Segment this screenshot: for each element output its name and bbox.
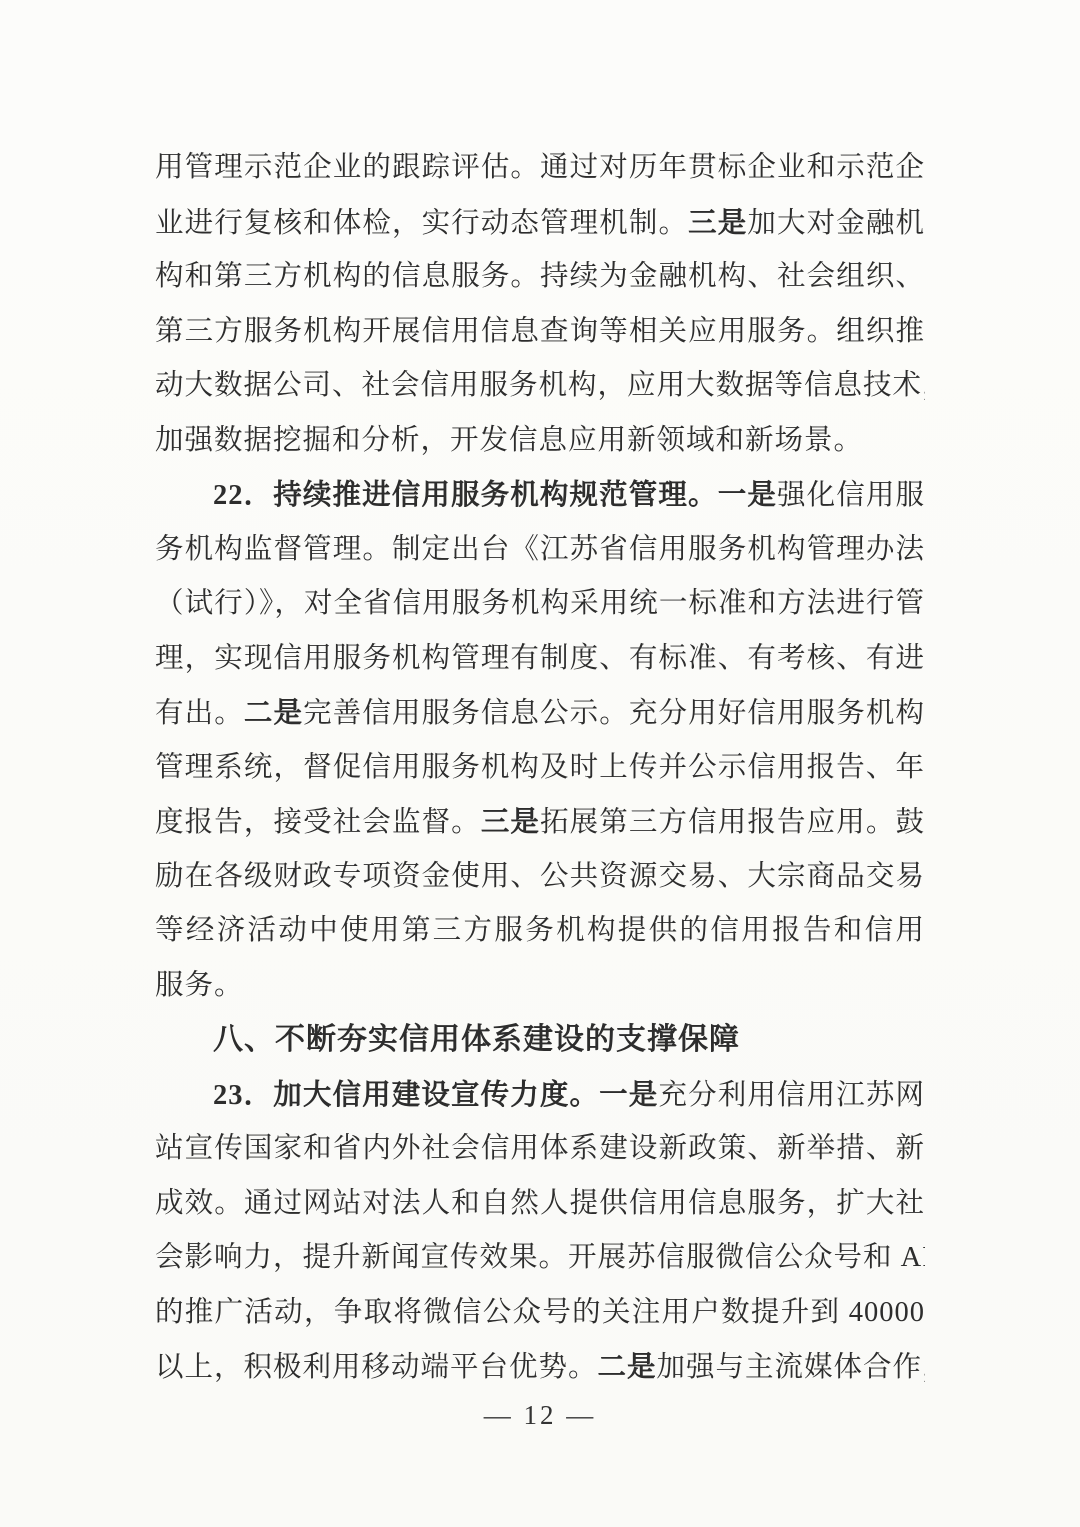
text-segment: 励在各级财政专项资金使用、公共资源交易、大宗商品交易 xyxy=(155,861,925,892)
text-line: 第三方服务机构开展信用信息查询等相关应用服务。组织推 xyxy=(155,305,925,360)
text-segment: 服务。 xyxy=(155,970,244,1001)
text-line: 用管理示范企业的跟踪评估。通过对历年贯标企业和示范企 xyxy=(155,141,925,196)
text-segment: 第三方服务机构开展信用信息查询等相关应用服务。组织推 xyxy=(155,316,925,347)
text-segment: 动大数据公司、社会信用服务机构，应用大数据等信息技术， xyxy=(155,370,925,401)
text-segment: 务机构监督管理。制定出台《江苏省信用服务机构管理办法 xyxy=(155,534,925,565)
text-line: 以上，积极利用移动端平台优势。二是加强与主流媒体合作， xyxy=(155,1340,925,1395)
text-line: 服务。 xyxy=(155,959,925,1014)
text-segment: 用管理示范企业的跟踪评估。通过对历年贯标企业和示范企 xyxy=(155,152,925,183)
text-segment: 强化信用服 xyxy=(777,480,925,511)
text-block: 用管理示范企业的跟踪评估。通过对历年贯标企业和示范企业进行复核和体检，实行动态管… xyxy=(155,141,925,1395)
text-line: 管理系统，督促信用服务机构及时上传并公示信用报告、年 xyxy=(155,741,925,796)
text-segment: 充分利用信用江苏网 xyxy=(658,1080,925,1111)
text-segment: 构和第三方机构的信息服务。持续为金融机构、社会组织、 xyxy=(155,261,925,292)
text-line: 加强数据挖掘和分析，开发信息应用新领域和新场景。 xyxy=(155,414,925,469)
text-line: 务机构监督管理。制定出台《江苏省信用服务机构管理办法 xyxy=(155,523,925,578)
text-line: 22．持续推进信用服务机构规范管理。一是强化信用服 xyxy=(155,468,925,523)
emphasis-segment: 二是 xyxy=(598,1351,657,1383)
text-segment: 完善信用服务信息公示。充分用好信用服务机构 xyxy=(303,698,925,729)
emphasis-segment: 23．加大信用建设宣传力度。 xyxy=(213,1080,599,1111)
text-segment: 管理系统，督促信用服务机构及时上传并公示信用报告、年 xyxy=(155,752,925,783)
page-number: — 12 — xyxy=(0,1400,1080,1431)
text-line: （试行）》，对全省信用服务机构采用统一标准和方法进行管 xyxy=(155,577,925,632)
text-line: 动大数据公司、社会信用服务机构，应用大数据等信息技术， xyxy=(155,359,925,414)
text-line: 励在各级财政专项资金使用、公共资源交易、大宗商品交易 xyxy=(155,850,925,905)
text-segment: 成效。通过网站对法人和自然人提供信用信息服务，扩大社 xyxy=(155,1188,925,1219)
text-segment: 有出。 xyxy=(155,698,244,729)
text-line: 成效。通过网站对法人和自然人提供信用信息服务，扩大社 xyxy=(155,1177,925,1232)
text-line: 等经济活动中使用第三方服务机构提供的信用报告和信用 xyxy=(155,904,925,959)
text-line: 理，实现信用服务机构管理有制度、有标准、有考核、有进 xyxy=(155,632,925,687)
emphasis-segment: 八、不断夯实信用体系建设的支撑保障 xyxy=(213,1023,740,1056)
text-segment: 加强数据挖掘和分析，开发信息应用新领域和新场景。 xyxy=(155,425,863,456)
emphasis-segment: 22．持续推进信用服务机构规范管理。 xyxy=(213,480,718,511)
text-segment: 业进行复核和体检，实行动态管理机制。 xyxy=(155,208,688,239)
text-segment: （试行）》，对全省信用服务机构采用统一标准和方法进行管 xyxy=(155,588,925,619)
emphasis-segment: 二是 xyxy=(244,697,303,729)
text-line: 有出。二是完善信用服务信息公示。充分用好信用服务机构 xyxy=(155,686,925,741)
text-line: 业进行复核和体检，实行动态管理机制。三是加大对金融机 xyxy=(155,196,925,251)
text-line: 度报告，接受社会监督。三是拓展第三方信用报告应用。鼓 xyxy=(155,795,925,850)
text-line: 23．加大信用建设宣传力度。一是充分利用信用江苏网 xyxy=(155,1068,925,1123)
document-page: 用管理示范企业的跟踪评估。通过对历年贯标企业和示范企业进行复核和体检，实行动态管… xyxy=(0,0,1080,1527)
text-segment: 以上，积极利用移动端平台优势。 xyxy=(155,1352,598,1383)
emphasis-segment: 三是 xyxy=(688,207,747,239)
text-segment: 加强与主流媒体合作， xyxy=(657,1352,925,1383)
emphasis-segment: 一是 xyxy=(599,1079,658,1111)
text-segment: 会影响力，提升新闻宣传效果。开展苏信服微信公众号和 APP xyxy=(155,1242,925,1273)
text-line: 会影响力，提升新闻宣传效果。开展苏信服微信公众号和 APP xyxy=(155,1231,925,1286)
text-line: 的推广活动，争取将微信公众号的关注用户数提升到 40000 xyxy=(155,1286,925,1341)
text-segment: 度报告，接受社会监督。 xyxy=(155,807,481,838)
text-segment: 等经济活动中使用第三方服务机构提供的信用报告和信用 xyxy=(155,915,925,946)
emphasis-segment: 三是 xyxy=(481,806,540,838)
text-line: 站宣传国家和省内外社会信用体系建设新政策、新举措、新 xyxy=(155,1122,925,1177)
text-segment: 拓展第三方信用报告应用。鼓 xyxy=(540,807,925,838)
text-segment: 的推广活动，争取将微信公众号的关注用户数提升到 40000 xyxy=(155,1297,925,1328)
emphasis-segment: 一是 xyxy=(718,479,777,511)
text-line: 构和第三方机构的信息服务。持续为金融机构、社会组织、 xyxy=(155,250,925,305)
text-segment: 理，实现信用服务机构管理有制度、有标准、有考核、有进 xyxy=(155,643,925,674)
text-segment: 站宣传国家和省内外社会信用体系建设新政策、新举措、新 xyxy=(155,1133,925,1164)
text-segment: 加大对金融机 xyxy=(747,208,925,239)
section-heading: 八、不断夯实信用体系建设的支撑保障 xyxy=(155,1013,925,1068)
